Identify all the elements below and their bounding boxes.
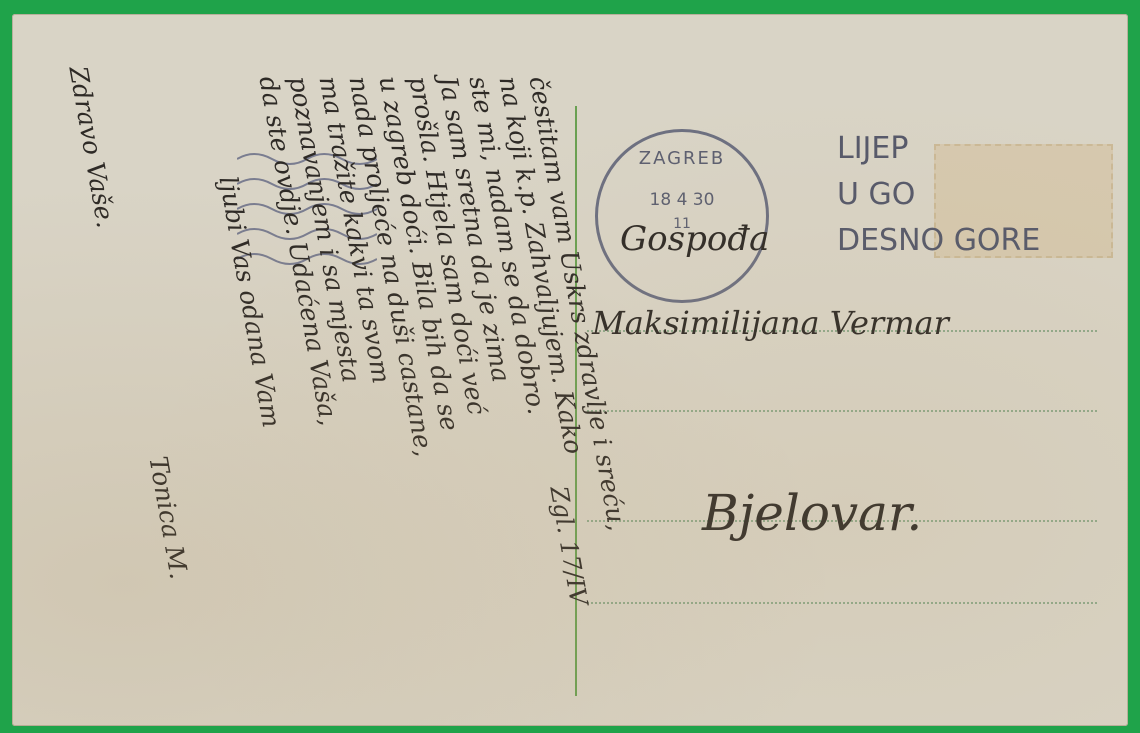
postmark-date: 18 4 30 [598, 190, 766, 210]
postcard: ZAGREB 18 4 30 11 LIJEP U GO DESNO GORE … [12, 14, 1128, 726]
machine-cancel-slogan: LIJEP U GO DESNO GORE [837, 126, 1040, 264]
signature: Tonica M. [143, 454, 193, 581]
message-line: ljubi Vas odana Vam [213, 174, 286, 430]
slogan-line: LIJEP [837, 126, 1040, 172]
address-city: Bjelovar. [702, 484, 922, 542]
slogan-line: DESNO GORE [837, 218, 1040, 264]
handwritten-message: čestitam vam Uskrs zdravlje i sreću, na … [52, 54, 592, 733]
postmark-city: ZAGREB [598, 148, 766, 169]
address-line [587, 410, 1097, 412]
postmark-stamp: ZAGREB 18 4 30 11 [595, 129, 769, 303]
address-salutation: Gospođa [620, 219, 769, 259]
message-line: Zdravo Vaše. [63, 64, 120, 230]
slogan-line: U GO [837, 172, 1040, 218]
address-recipient: Maksimilijana Vermar [592, 304, 949, 342]
address-line [587, 602, 1097, 604]
